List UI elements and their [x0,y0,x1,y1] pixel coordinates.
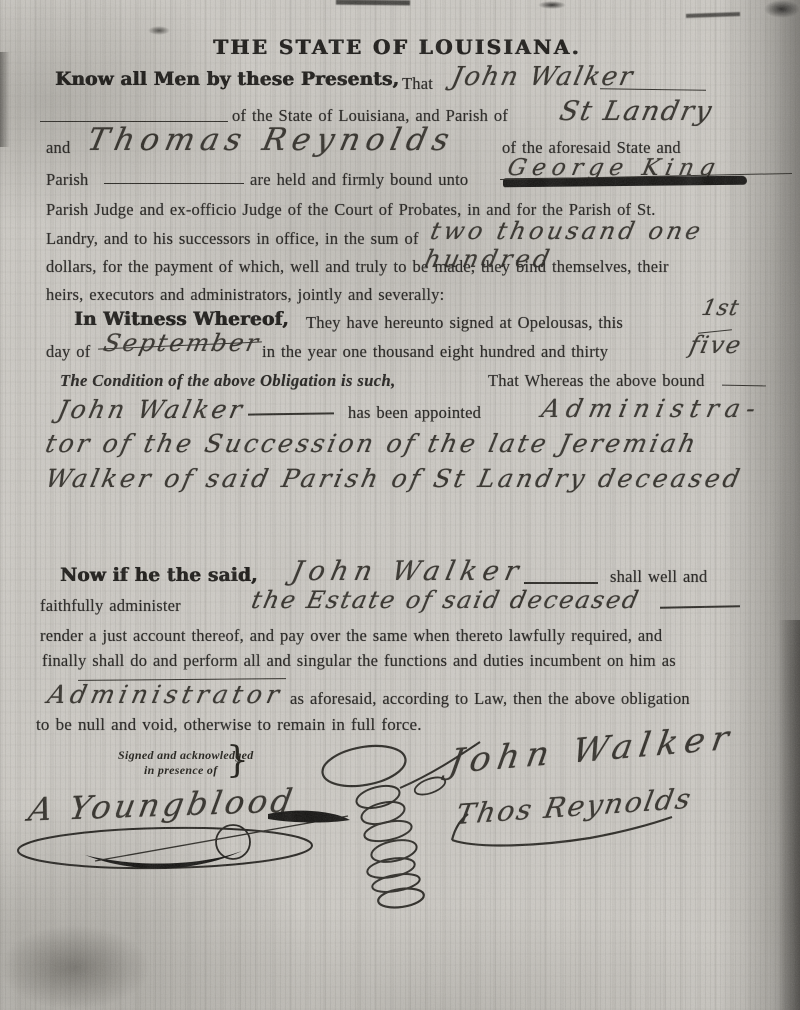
scan-artifact [0,925,150,1010]
fill-line [660,605,740,608]
whereas-text: That Whereas the above bound [488,372,705,389]
render-account-text: render a just account thereof, and pay o… [40,627,662,644]
signed-at-text: They have hereunto signed at Opelousas, … [306,314,623,331]
sum-of-text: Landry, and to his successors in office,… [46,230,419,247]
handwritten-parish-name: St Landry [557,96,716,127]
handwritten-estate-text: the Estate of said deceased [249,586,643,614]
fill-line [104,183,244,184]
appointed-text: has been appointed [348,404,481,421]
handwritten-said-name: John Walker [289,556,527,587]
aforesaid-text: of the aforesaid State and [502,139,681,156]
fill-line [248,412,334,415]
year-text: in the year one thousand eight hundred a… [262,343,608,360]
coil-lead-stroke [400,742,480,788]
signature-lead-oval [413,774,448,798]
bound-unto-text: are held and firmly bound unto [250,171,468,188]
handwritten-succession-line: tor of the Succession of the late Jeremi… [43,429,701,458]
parish-label: Parish [46,171,88,188]
handwritten-principal-name: John Walker [449,64,636,91]
day-of-text: day of [46,343,90,360]
probate-judge-text: Parish Judge and ex-officio Judge of the… [46,201,656,218]
now-if-blackletter: Now if he the said, [60,566,258,585]
ink-smear-wedge [268,811,350,823]
coil-top-oval [319,740,408,792]
fill-line [722,385,766,387]
opening-clause-blackletter: Know all Men by these Presents, [55,70,399,89]
witness-whereof-blackletter: In Witness Whereof, [74,310,289,329]
scan-artifact [538,1,566,9]
handwritten-surety-name: Thomas Reynolds [84,122,458,158]
handwritten-administrator-word: Administrator [45,680,286,709]
scan-artifact [336,0,410,5]
scan-artifact [148,26,170,35]
witness-flourish-loop [216,825,250,859]
shall-well-text: shall well and [610,568,707,585]
scan-artifact [0,52,10,147]
handwritten-administrator-part1: Administra- [539,394,765,423]
document-page: THE STATE OF LOUISIANA. Know all Men by … [0,0,800,1010]
handwritten-deceased-line: Walker of said Parish of St Landry decea… [43,464,746,493]
handwritten-year-word: five [687,331,745,359]
ink-flourishes [0,730,800,930]
handwritten-day: 1st [699,296,741,321]
payment-text: dollars, for the payment of which, well … [46,258,669,275]
scan-artifact [764,0,800,18]
aforesaid-law-text: as aforesaid, according to Law, then the… [290,690,690,707]
surety-underline-swash [452,814,672,846]
heirs-text: heirs, executors and administrators, joi… [46,286,444,303]
faithfully-text: faithfully administer [40,597,181,614]
and-text: and [46,139,70,156]
perform-duties-text: finally shall do and perform all and sin… [42,652,676,669]
condition-clause-italic: The Condition of the above Obligation is… [60,372,396,389]
fill-line [524,582,598,584]
handwritten-appointee-name: John Walker [55,395,248,424]
opening-clause-that: That [402,75,433,92]
document-title: THE STATE OF LOUISIANA. [213,37,581,58]
scan-artifact [686,12,740,18]
